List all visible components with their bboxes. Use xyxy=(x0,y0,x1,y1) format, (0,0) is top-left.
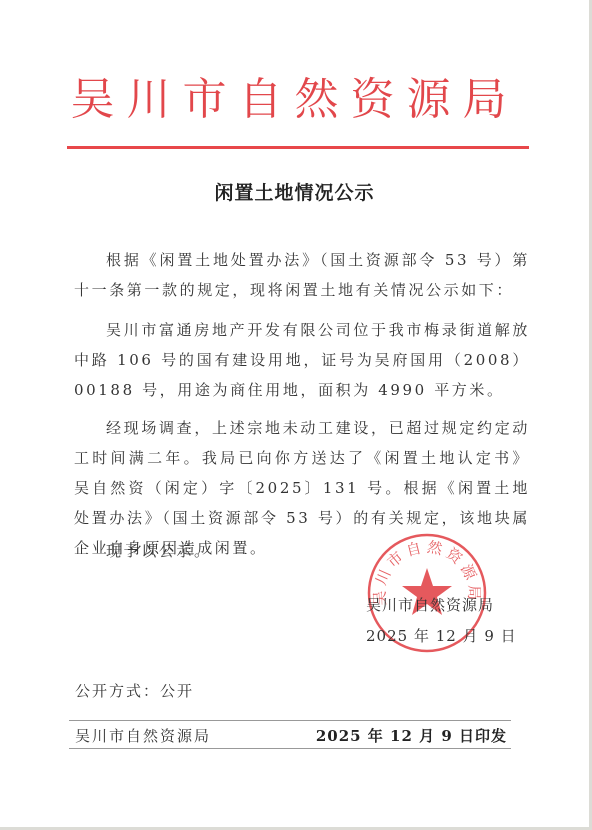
paragraph-2: 吴川市富通房地产开发有限公司位于我市梅录街道解放中路 106 号的国有建设用地，… xyxy=(74,315,530,405)
signature-org: 吴川市自然资源局 xyxy=(366,594,494,615)
document-title: 闲置土地情况公示 xyxy=(0,178,589,205)
red-divider xyxy=(67,146,529,149)
signature-date: 2025 年 12 月 9 日 xyxy=(366,625,517,646)
footer-print-date: 2025 年 12 月 9 日印发 xyxy=(316,725,507,746)
footer-top-rule xyxy=(69,720,511,721)
disclosure-method: 公开方式：公开 xyxy=(75,680,194,701)
footer-bottom-rule xyxy=(69,748,511,749)
org-header: 吴川市自然资源局 xyxy=(0,72,589,128)
document-page: 吴川市自然资源局 闲置土地情况公示 根据《闲置土地处置办法》（国土资源部令 53… xyxy=(0,0,589,827)
footer-org: 吴川市自然资源局 xyxy=(75,725,211,746)
paragraph-1: 根据《闲置土地处置办法》（国土资源部令 53 号）第十一条第一款的规定，现将闲置… xyxy=(74,245,530,305)
